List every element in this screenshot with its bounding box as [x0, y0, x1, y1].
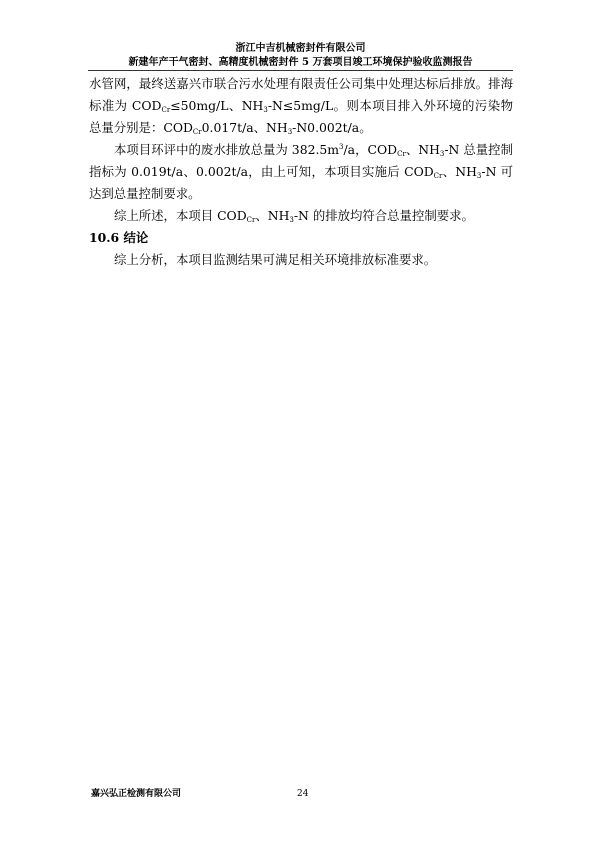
text: 、NH	[406, 142, 440, 157]
subscript: Cr	[397, 150, 406, 158]
text: 0.017t/a、NH	[202, 120, 288, 135]
paragraph-discharge: 水管网，最终送嘉兴市联合污水处理有限责任公司集中处理达标后排放。排海标准为 CO…	[89, 73, 513, 139]
text: -N 的排放均符合总量控制要求。	[294, 208, 474, 223]
paragraph-conclusion: 综上分析，本项目监测结果可满足相关环境排放标准要求。	[89, 249, 513, 271]
text: ≤50mg/L、NH	[170, 98, 263, 113]
paragraph-total-control: 本项目环评中的废水排放总量为 382.5m3/a，CODCr、NH3-N 总量控…	[89, 139, 513, 205]
text: 、NH	[255, 208, 289, 223]
footer-company: 嘉兴弘正检测有限公司	[91, 787, 181, 801]
header-report-title: 新建年产干气密封、高精度机械密封件 5 万套项目竣工环境保护验收监测报告	[88, 56, 513, 70]
page-number: 24	[297, 787, 308, 801]
header-divider	[88, 70, 513, 71]
page-header: 浙江中吉机械密封件有限公司 新建年产干气密封、高精度机械密封件 5 万套项目竣工…	[88, 42, 513, 70]
paragraph-summary: 综上所述，本项目 CODCr、NH3-N 的排放均符合总量控制要求。	[89, 205, 513, 227]
header-company: 浙江中吉机械密封件有限公司	[88, 42, 513, 56]
text: 、NH	[442, 164, 477, 179]
document-body: 水管网，最终送嘉兴市联合污水处理有限责任公司集中处理达标后排放。排海标准为 CO…	[89, 73, 513, 271]
text: 本项目环评中的废水排放总量为 382.5m	[114, 142, 339, 157]
subscript: Cr	[193, 128, 202, 136]
subscript: Cr	[161, 106, 170, 114]
text: 综上所述，本项目 COD	[114, 208, 247, 223]
text: -N0.002t/a。	[292, 120, 371, 135]
section-heading-conclusion: 10.6 结论	[89, 227, 513, 249]
text: /a，COD	[344, 142, 398, 157]
